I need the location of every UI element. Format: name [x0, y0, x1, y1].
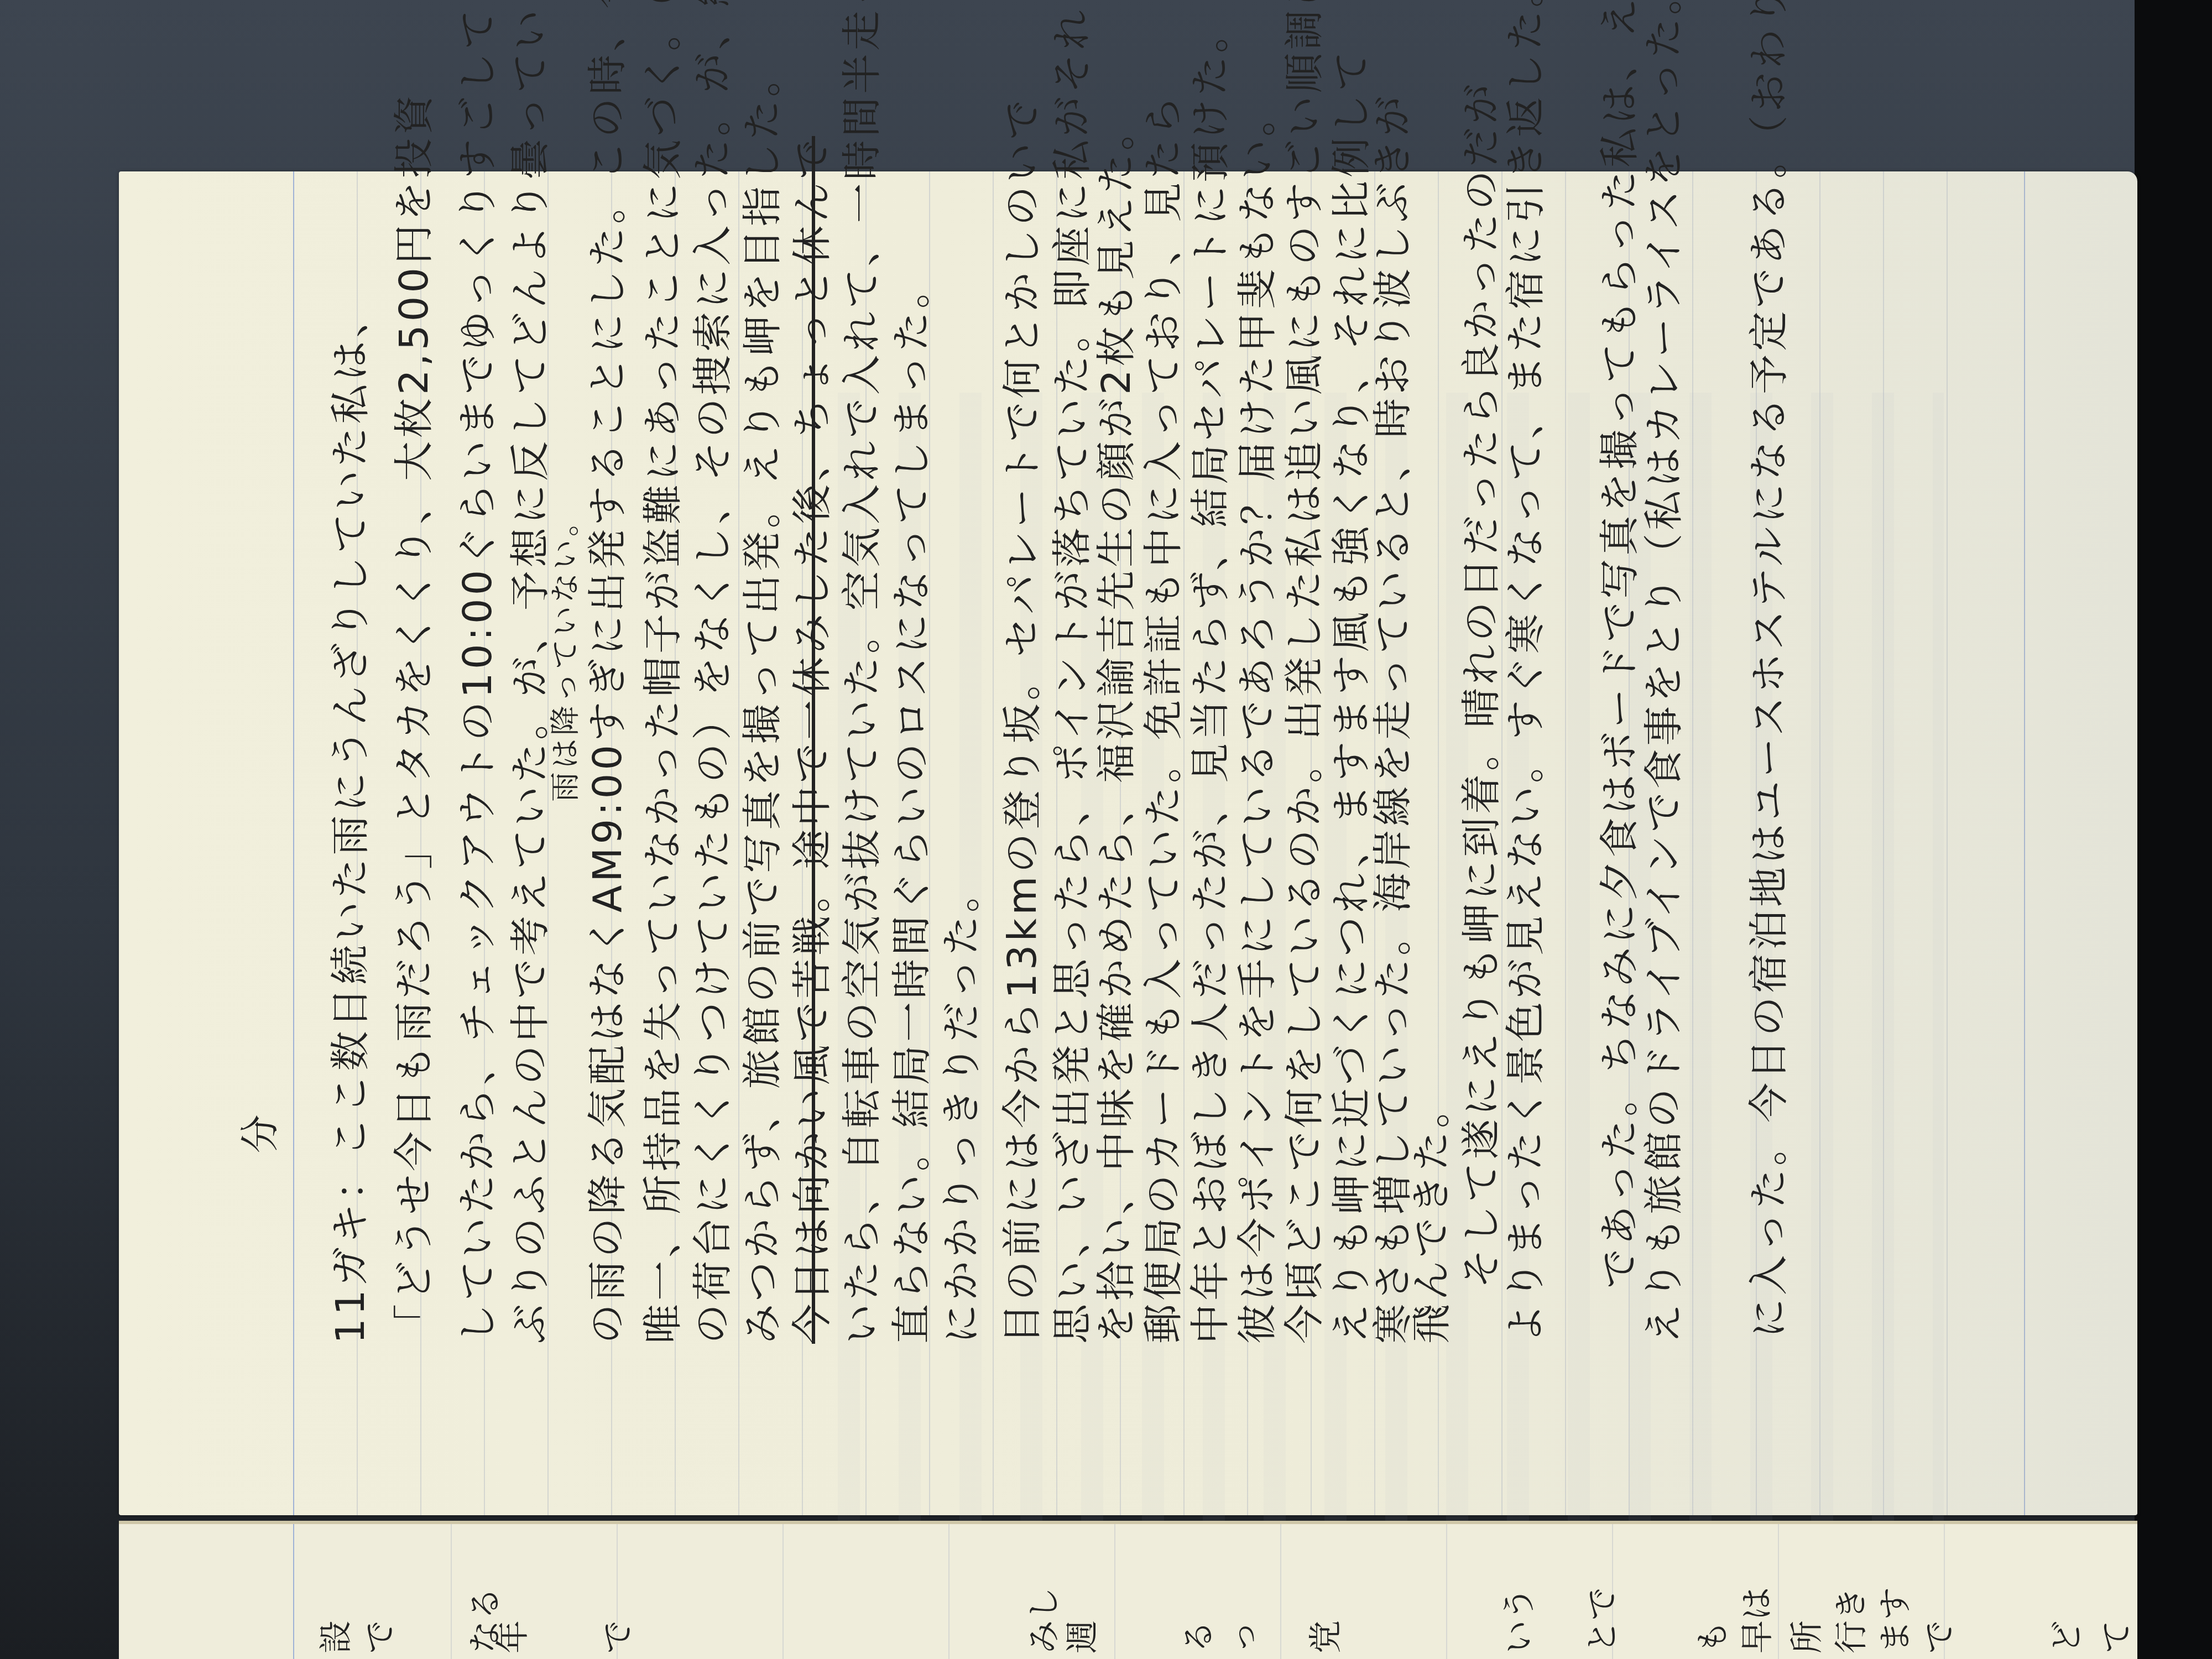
- rule-line: [1819, 171, 1820, 1515]
- facing-text: とで: [1576, 1587, 1624, 1653]
- rule-line: [782, 1524, 784, 1659]
- rule-line: [1947, 171, 1948, 1515]
- text-line: の雨の降る気配はなくAM9:00すぎに出発することにした。この時、今まで: [575, 0, 633, 1344]
- facing-text: で: [354, 1620, 401, 1653]
- text-line: 唯一、所持品を失っていなかった帽子が盗難にあったことに気づく。（MTB: [630, 0, 688, 1344]
- text-line: 11ガキ：ここ数日続いた雨にうんざりしていた私は、: [318, 294, 375, 1344]
- rule-line: [1883, 171, 1884, 1515]
- rule-line: [451, 1524, 452, 1659]
- text-line: えりも旅館のドライブインで食事をとり（私はカレーライスをとった。飯の量（大盛り）: [1631, 0, 1689, 1344]
- text-line: いたら、自転車の空気が抜けていた。空気入れで入れて、一時間半走ったが一向に: [830, 0, 887, 1344]
- rule-line: [948, 1524, 950, 1659]
- facing-text: も: [1687, 1620, 1734, 1653]
- facing-text: て: [2090, 1620, 2138, 1653]
- text-line: の荷台にくくりつけていたもの）をなくし、その捜索に入った。が、結局: [680, 0, 738, 1344]
- margin-line: [293, 171, 294, 1515]
- facing-text: 党: [1300, 1620, 1347, 1653]
- facing-text: 早は: [1731, 1587, 1778, 1653]
- margin-line-right: [2024, 171, 2025, 1515]
- facing-text: 行き: [1825, 1587, 1872, 1653]
- facing-text: 週: [1056, 1620, 1104, 1653]
- dark-background: [2135, 0, 2212, 1659]
- facing-text: いう: [1493, 1587, 1541, 1653]
- text-line: 飛んできた。: [1399, 1085, 1457, 1344]
- rule-line: [1692, 171, 1693, 1515]
- text-line-struck: 今日は向かい風で苦戦。途中で一休みした後、ちょっと休んで: [780, 136, 837, 1344]
- facing-text: 所: [1781, 1620, 1828, 1653]
- text-line: していたから、チェックアウトの10:00ぐらいまでゆっくりすごしてしまえと久し: [445, 0, 503, 1344]
- facing-text: っ: [1217, 1620, 1264, 1653]
- text-line: 「どうせ今日も雨だろう」とタカをくくり、大枚2,500円を投資: [382, 92, 439, 1344]
- margin-annotation: 分: [229, 1115, 285, 1154]
- margin-line: [293, 1524, 294, 1659]
- text-line: 直らない。結局一時間ぐらいのロスになってしまった。: [879, 265, 937, 1344]
- text-line: に入った。今日の宿泊地はユースホステルになる予定である。（おわり）: [1736, 0, 1794, 1338]
- facing-text: ます: [1869, 1587, 1917, 1653]
- facing-text: 年: [487, 1620, 534, 1653]
- text-line: 目の前には今から13kmの登り坂。セパレートで何とかしのいで: [990, 97, 1047, 1344]
- text-line: よりまったく景色が見えない。すぐ寒くなって、また宿に引き返した。: [1493, 0, 1551, 1344]
- text-line: にかかりっきりだった。: [929, 869, 987, 1344]
- rule-line: [1446, 1524, 1447, 1659]
- facing-text: る: [1172, 1620, 1220, 1653]
- rule-line: [1565, 171, 1566, 1515]
- rule-line: [1280, 1524, 1281, 1659]
- facing-text: ど: [2041, 1620, 2088, 1653]
- facing-text: で: [1913, 1620, 1961, 1653]
- facing-text: 設: [310, 1620, 357, 1653]
- rule-line: [1114, 1524, 1115, 1659]
- facing-text: で: [592, 1620, 639, 1653]
- text-line: みつからず、旅館の前で写真を撮って出発。えりも岬を目指した。: [730, 54, 787, 1344]
